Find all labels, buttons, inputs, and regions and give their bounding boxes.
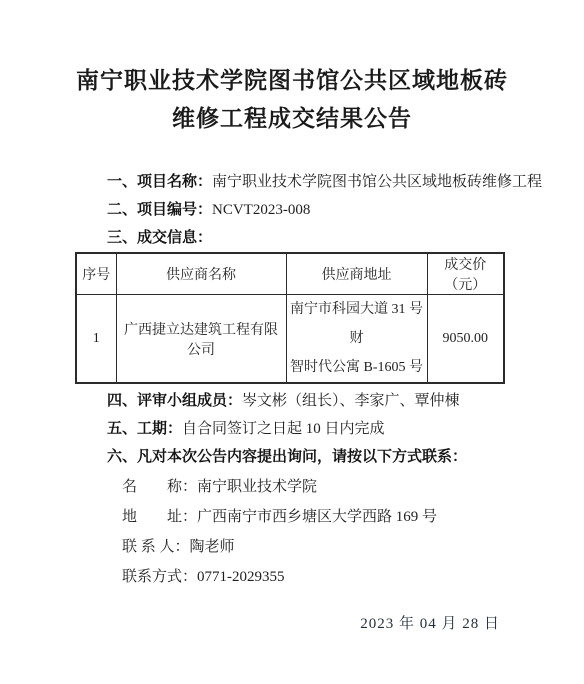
contact-address-value: 广西南宁市西乡塘区大学西路 169 号 [197,509,437,525]
contact-row-person: 联 系 人：陶老师 [122,539,512,555]
document-body: 一、项目名称：南宁职业技术学院图书馆公共区域地板砖维修工程 二、项目编号：NCV… [107,174,512,585]
cell-serial-number: 1 [76,295,116,384]
section-review-panel-label: 四、评审小组成员： [107,393,242,409]
supplier-address-line-2: 智时代公寓 B-1605 号 [289,353,425,382]
document-title: 南宁职业技术学院图书馆公共区域地板砖 维修工程成交结果公告 [0,0,584,138]
section-inquiry: 六、凡对本次公告内容提出询问，请按以下方式联系： [107,449,512,465]
section-duration-value: 自合同签订之日起 10 日内完成 [182,421,385,437]
section-review-panel: 四、评审小组成员：岑文彬（组长）、李家广、覃仲棟 [107,393,512,409]
contact-row-phone: 联系方式：0771-2029355 [122,569,512,585]
title-line-1: 南宁职业技术学院图书馆公共区域地板砖 [0,62,584,100]
section-review-panel-value: 岑文彬（组长）、李家广、覃仲棟 [242,393,460,409]
section-project-number-value: NCVT2023-008 [212,202,310,218]
section-deal-info: 三、成交信息： [107,230,512,246]
section-project-number: 二、项目编号：NCVT2023-008 [107,202,512,218]
supplier-address-line-1: 南宁市科园大道 31 号财 [289,295,425,353]
contact-person-value: 陶老师 [190,539,235,555]
contact-name-value: 南宁职业技术学院 [197,479,317,495]
header-supplier-name: 供应商名称 [116,253,286,295]
contact-person-label: 联 系 人： [122,539,190,555]
contact-row-address: 地 址：广西南宁市西乡塘区大学西路 169 号 [122,509,512,525]
section-project-name: 一、项目名称：南宁职业技术学院图书馆公共区域地板砖维修工程 [107,174,512,190]
cell-deal-price: 9050.00 [427,295,504,384]
contact-address-label: 地 址： [122,509,197,525]
contact-name-label: 名 称： [122,479,197,495]
table-row: 1 广西捷立达建筑工程有限公司 南宁市科园大道 31 号财 智时代公寓 B-16… [76,295,504,384]
publish-date: 2023 年 04 月 28 日 [360,612,500,633]
section-project-name-label: 一、项目名称： [107,174,212,190]
section-project-number-label: 二、项目编号： [107,202,212,218]
header-supplier-address: 供应商地址 [286,253,427,295]
deal-info-table: 序号 供应商名称 供应商地址 成交价（元） 1 广西捷立达建筑工程有限公司 南宁… [75,252,505,384]
section-project-name-value: 南宁职业技术学院图书馆公共区域地板砖维修工程 [212,174,542,190]
section-duration-label: 五、工期： [107,421,182,437]
contact-row-name: 名 称：南宁职业技术学院 [122,479,512,495]
contact-block: 名 称：南宁职业技术学院 地 址：广西南宁市西乡塘区大学西路 169 号 联 系… [122,479,512,585]
contact-phone-label: 联系方式： [122,569,197,585]
header-serial-number: 序号 [76,253,116,295]
cell-supplier-name: 广西捷立达建筑工程有限公司 [116,295,286,384]
document-page: 南宁职业技术学院图书馆公共区域地板砖 维修工程成交结果公告 一、项目名称：南宁职… [0,0,584,684]
section-inquiry-label: 六、凡对本次公告内容提出询问，请按以下方式联系： [107,449,467,465]
header-deal-price: 成交价（元） [427,253,504,295]
cell-supplier-address: 南宁市科园大道 31 号财 智时代公寓 B-1605 号 [286,295,427,384]
contact-phone-value: 0771-2029355 [197,569,285,585]
table-header-row: 序号 供应商名称 供应商地址 成交价（元） [76,253,504,295]
section-duration: 五、工期：自合同签订之日起 10 日内完成 [107,421,512,437]
title-line-2: 维修工程成交结果公告 [0,100,584,138]
section-deal-info-label: 三、成交信息： [107,230,212,246]
